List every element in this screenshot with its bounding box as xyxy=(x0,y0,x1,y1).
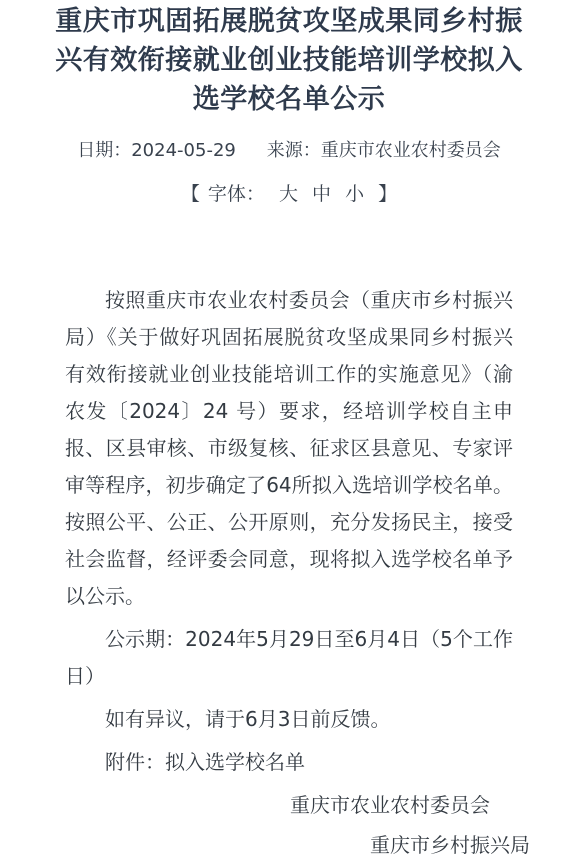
body-paragraph-attachment: 附件：拟入选学校名单 xyxy=(65,744,513,781)
source-value: 重庆市农业农村委员会 xyxy=(321,140,501,161)
page-title-line-2: 兴有效衔接就业创业技能培训学校拟入 xyxy=(0,41,578,80)
font-size-medium-button[interactable]: 中 xyxy=(312,183,331,205)
page-title-line-3: 选学校名单公示 xyxy=(0,80,578,119)
font-size-selector: 【字体： 大 中 小 】 xyxy=(0,182,578,206)
date-label: 日期： xyxy=(77,140,131,161)
body-paragraph-objection: 如有异议，请于6月3日前反馈。 xyxy=(65,701,513,738)
source-label: 来源： xyxy=(267,140,321,161)
date-value: 2024-05-29 xyxy=(131,140,236,161)
page-title-line-1: 重庆市巩固拓展脱贫攻坚成果同乡村振 xyxy=(0,2,578,41)
font-selector-bracket-close: 】 xyxy=(378,183,397,205)
announcement-page: 重庆市巩固拓展脱贫攻坚成果同乡村振 兴有效衔接就业创业技能培训学校拟入 选学校名… xyxy=(0,0,578,860)
meta-line: 日期：2024-05-29 来源：重庆市农业农村委员会 xyxy=(0,140,578,162)
signature-rural-revitalization-bureau: 重庆市乡村振兴局 xyxy=(0,827,578,860)
font-size-large-button[interactable]: 大 xyxy=(279,183,298,205)
page-title: 重庆市巩固拓展脱贫攻坚成果同乡村振 兴有效衔接就业创业技能培训学校拟入 选学校名… xyxy=(0,2,578,119)
body-paragraph-main: 按照重庆市农业农村委员会（重庆市乡村振兴局）《关于做好巩固拓展脱贫攻坚成果同乡村… xyxy=(65,282,513,615)
body-paragraph-publicity-period: 公示期：2024年5月29日至6月4日（5个工作日） xyxy=(65,621,513,695)
signature-agriculture-committee: 重庆市农业农村委员会 xyxy=(0,787,578,824)
signature-block: 重庆市农业农村委员会 重庆市乡村振兴局 xyxy=(0,787,578,860)
font-size-small-button[interactable]: 小 xyxy=(345,183,364,205)
font-selector-bracket-open: 【 xyxy=(181,183,200,205)
announcement-body: 按照重庆市农业农村委员会（重庆市乡村振兴局）《关于做好巩固拓展脱贫攻坚成果同乡村… xyxy=(65,282,513,781)
font-selector-label: 字体： xyxy=(208,183,265,205)
